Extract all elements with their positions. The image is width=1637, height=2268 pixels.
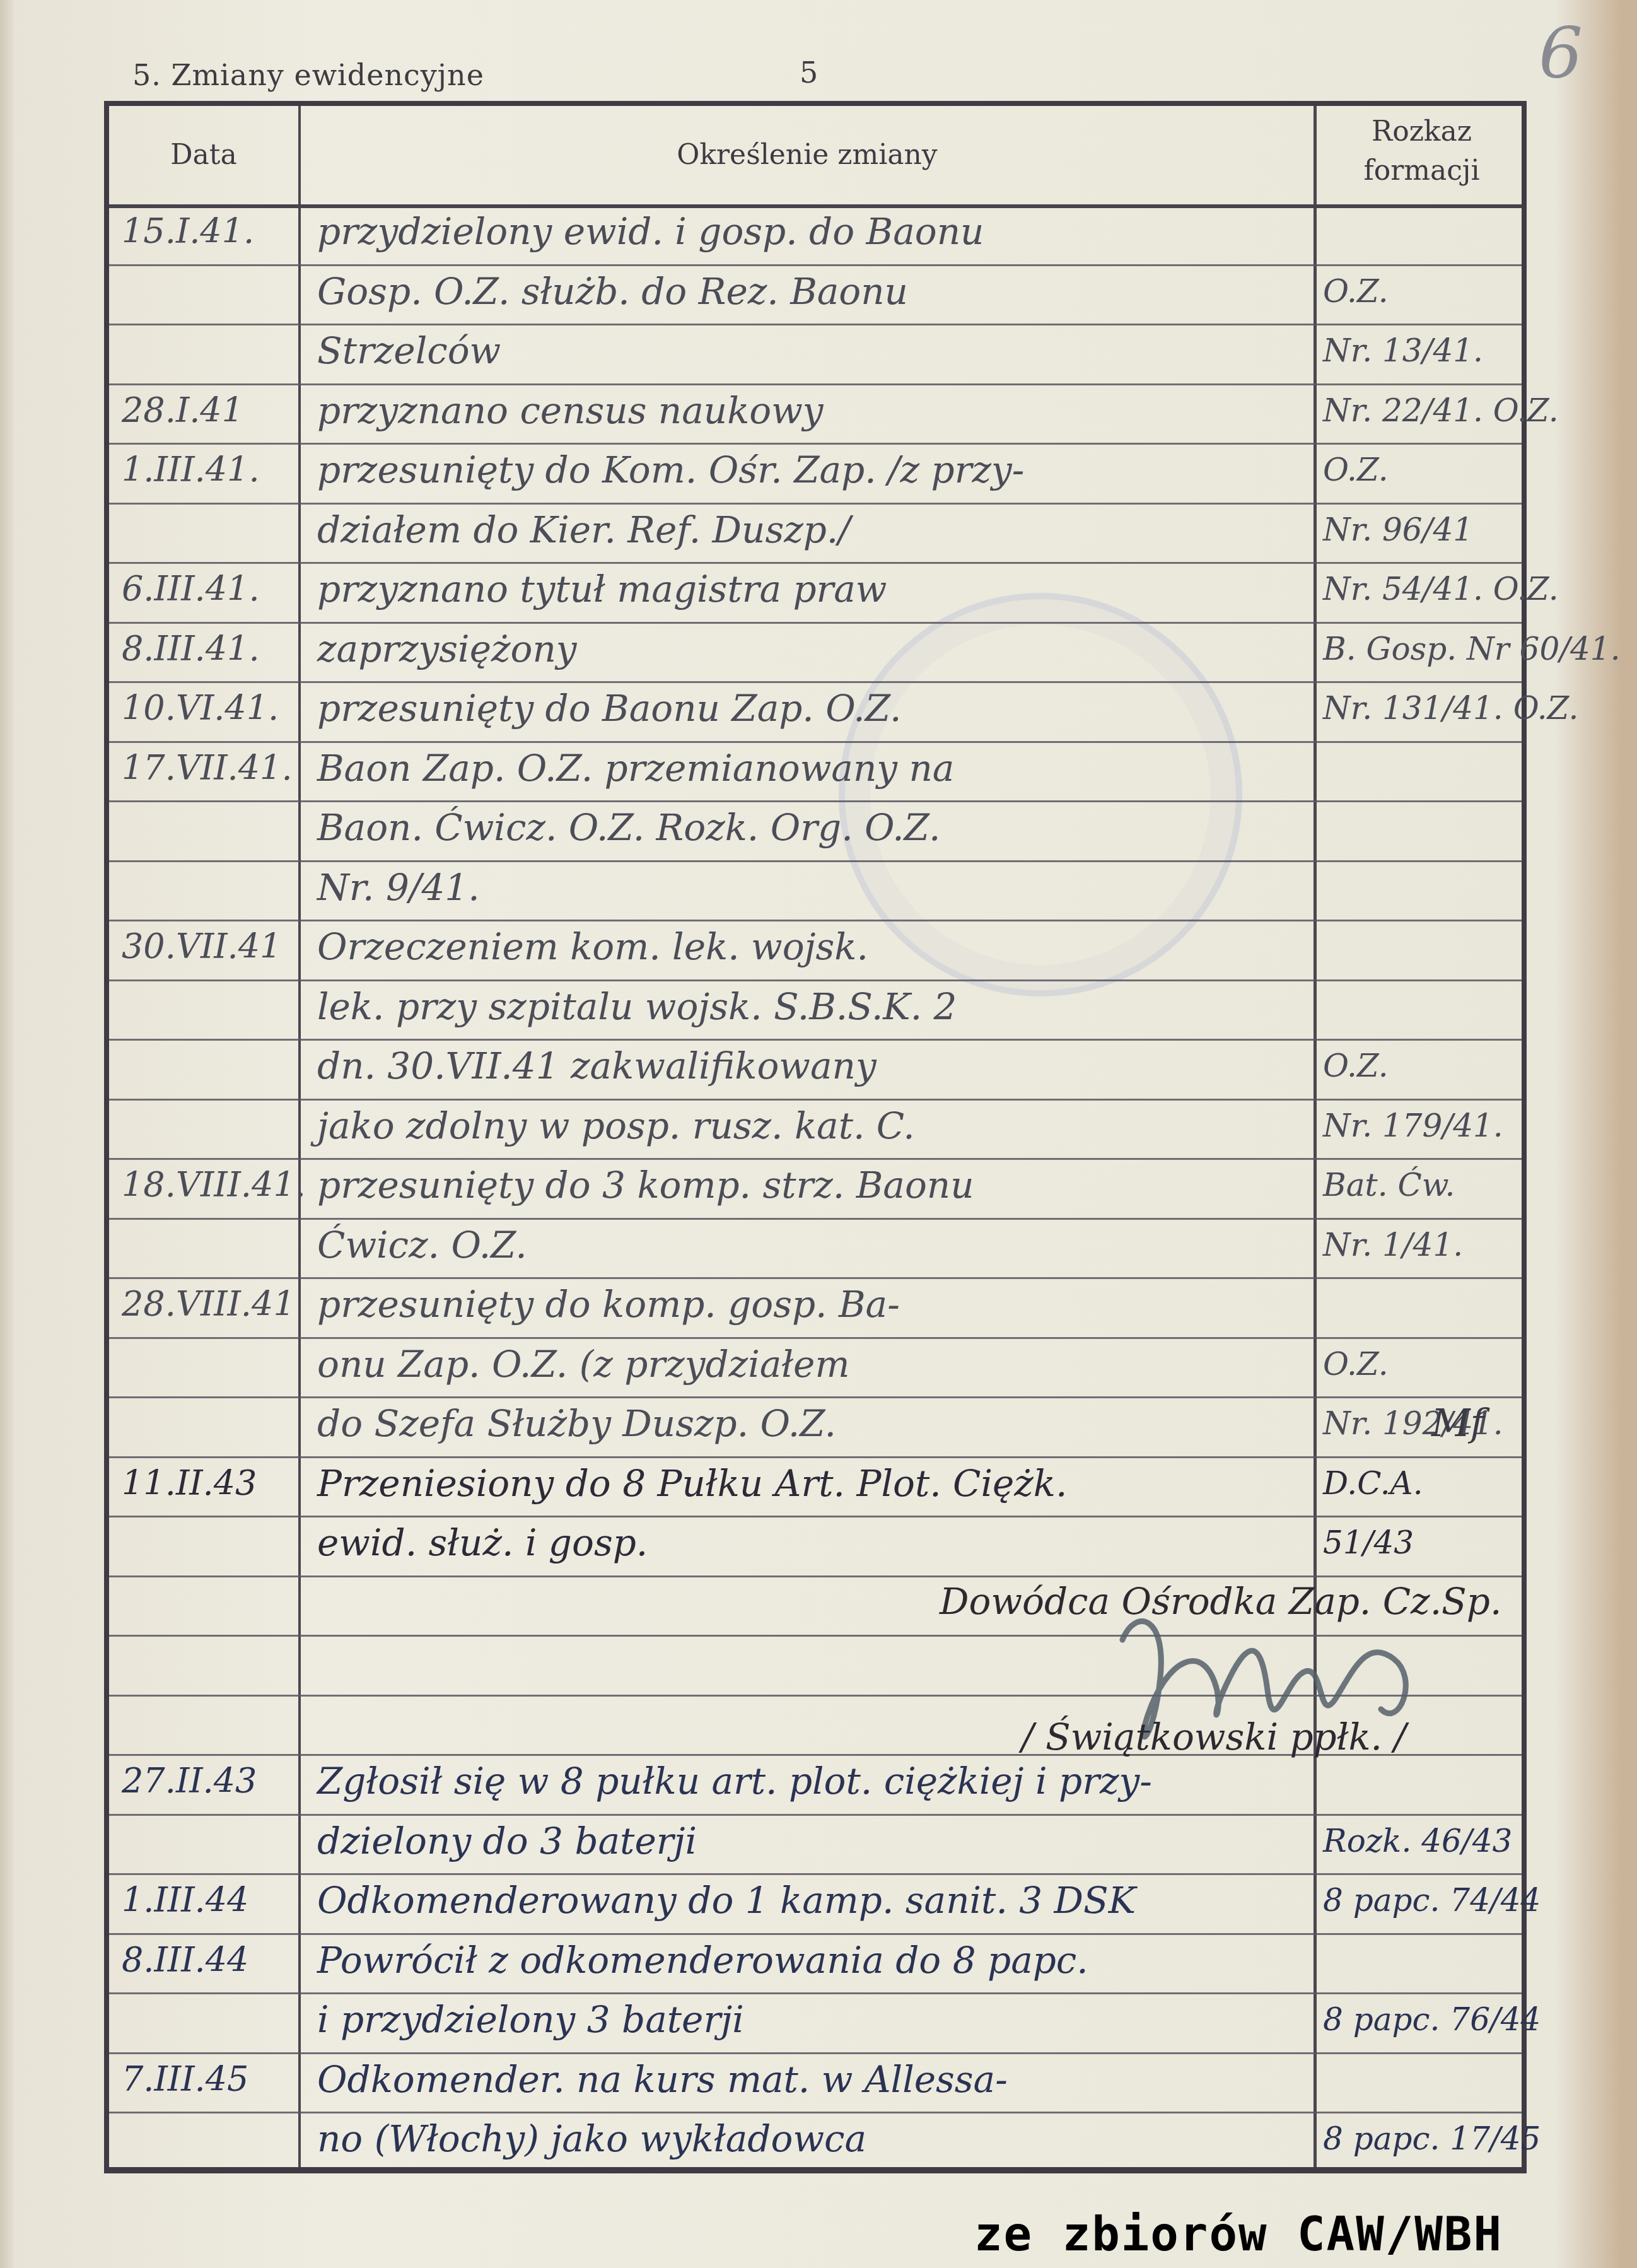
row-order: O.Z. bbox=[1323, 262, 1528, 321]
row-order: O.Z. bbox=[1323, 1036, 1528, 1096]
handwritten-page-number: 6 bbox=[1539, 13, 1583, 93]
signature-scrawl-icon bbox=[1097, 1602, 1450, 1791]
row-date: 30.VII.41 bbox=[122, 917, 295, 976]
row-description: przesunięty do Kom. Ośr. Zap. /z przy- bbox=[317, 440, 1307, 500]
table-row: działem do Kier. Ref. Duszp./Nr. 96/41 bbox=[109, 503, 1522, 562]
row-order: Nr. 179/41. bbox=[1323, 1096, 1528, 1155]
row-date: 1.III.44 bbox=[122, 1871, 295, 1930]
table-row: 8.III.41.zaprzysiężonyB. Gosp. Nr 60/41. bbox=[109, 622, 1522, 681]
page-edge bbox=[0, 0, 14, 2268]
row-order: Nr. 192/41. bbox=[1323, 1394, 1528, 1453]
table-row: 8.III.44Powrócił z odkomenderowania do 8… bbox=[109, 1933, 1522, 1992]
row-description: przesunięty do 3 komp. strz. Baonu bbox=[317, 1155, 1307, 1215]
row-date: 8.III.44 bbox=[122, 1931, 295, 1990]
row-description: onu Zap. O.Z. (z przydziałem bbox=[317, 1335, 1307, 1394]
row-order: B. Gosp. Nr 60/41. bbox=[1323, 619, 1528, 679]
table-row: 15.I.41.przydzielony ewid. i gosp. do Ba… bbox=[109, 204, 1522, 264]
table-row: Baon. Ćwicz. O.Z. Rozk. Org. O.Z. bbox=[109, 800, 1522, 860]
table-row: lek. przy szpitalu wojsk. S.B.S.K. 2 bbox=[109, 979, 1522, 1039]
table-row: dn. 30.VII.41 zakwalifikowanyO.Z. bbox=[109, 1039, 1522, 1098]
row-description: no (Włochy) jako wykładowca bbox=[317, 2109, 1307, 2168]
table-row: 17.VII.41.Baon Zap. O.Z. przemianowany n… bbox=[109, 741, 1522, 800]
header-date: Data bbox=[109, 139, 298, 171]
table-row: ewid. służ. i gosp.51/43 bbox=[109, 1516, 1522, 1575]
row-description: Gosp. O.Z. służb. do Rez. Baonu bbox=[317, 262, 1307, 321]
table-row: 6.III.41.przyznano tytuł magistra prawNr… bbox=[109, 562, 1522, 621]
archive-watermark: ze zbiorów CAW/WBH bbox=[974, 2207, 1503, 2262]
table-row: StrzelcówNr. 13/41. bbox=[109, 324, 1522, 383]
row-description: Orzeczeniem kom. lek. wojsk. bbox=[317, 917, 1307, 976]
table-row: onu Zap. O.Z. (z przydziałemO.Z. bbox=[109, 1337, 1522, 1396]
records-table: Data Określenie zmiany Rozkaz formacji 1… bbox=[104, 101, 1527, 2173]
table-row: do Szefa Służby Duszp. O.Z.Nr. 192/41. bbox=[109, 1396, 1522, 1456]
row-order: Bat. Ćw. bbox=[1323, 1155, 1528, 1215]
row-order: Nr. 131/41. O.Z. bbox=[1323, 679, 1528, 738]
row-description: przyznano tytuł magistra praw bbox=[317, 559, 1307, 619]
table-row: 1.III.41.przesunięty do Kom. Ośr. Zap. /… bbox=[109, 443, 1522, 502]
row-description: Powrócił z odkomenderowania do 8 papc. bbox=[317, 1931, 1307, 1990]
row-order: 8 papc. 76/44 bbox=[1323, 1990, 1528, 2049]
header-order-line2: formacji bbox=[1317, 151, 1527, 190]
row-date: 17.VII.41. bbox=[122, 739, 295, 798]
row-date: 7.III.45 bbox=[122, 2050, 295, 2109]
signature-name: / Świątkowski ppłk. / bbox=[1022, 1716, 1406, 1758]
row-order: Rozk. 46/43 bbox=[1323, 1811, 1528, 1871]
table-row: 1.III.44Odkomenderowany do 1 kamp. sanit… bbox=[109, 1873, 1522, 1932]
row-description: ewid. służ. i gosp. bbox=[317, 1513, 1307, 1572]
row-description: przesunięty do Baonu Zap. O.Z. bbox=[317, 679, 1307, 738]
row-date: 11.II.43 bbox=[122, 1454, 295, 1513]
row-order: Nr. 54/41. O.Z. bbox=[1323, 559, 1528, 619]
row-description: przydzielony ewid. i gosp. do Baonu bbox=[317, 202, 1307, 261]
row-description: i przydzielony 3 baterji bbox=[317, 1990, 1307, 2049]
row-date: 28.I.41 bbox=[122, 381, 295, 440]
table-row: Nr. 9/41. bbox=[109, 860, 1522, 920]
row-date: 15.I.41. bbox=[122, 202, 295, 261]
table-row: 11.II.43Przeniesiony do 8 Pułku Art. Plo… bbox=[109, 1456, 1522, 1516]
row-date: 18.VIII.41. bbox=[122, 1155, 295, 1215]
header-description: Określenie zmiany bbox=[301, 139, 1314, 171]
row-description: Odkomender. na kurs mat. w Allessa- bbox=[317, 2050, 1307, 2109]
table-row: jako zdolny w posp. rusz. kat. C.Nr. 179… bbox=[109, 1099, 1522, 1158]
row-description: działem do Kier. Ref. Duszp./ bbox=[317, 500, 1307, 559]
row-description: Baon. Ćwicz. O.Z. Rozk. Org. O.Z. bbox=[317, 798, 1307, 857]
row-description: przyznano census naukowy bbox=[317, 381, 1307, 440]
row-description: do Szefa Służby Duszp. O.Z. bbox=[317, 1394, 1307, 1453]
row-order: O.Z. bbox=[1323, 440, 1528, 500]
document-page: 6 5. Zmiany ewidencyjne 5 Data Określeni… bbox=[0, 0, 1637, 2268]
row-date: 8.III.41. bbox=[122, 619, 295, 679]
table-row: 28.I.41przyznano census naukowyNr. 22/41… bbox=[109, 383, 1522, 443]
printed-page-number: 5 bbox=[800, 56, 818, 90]
table-row: i przydzielony 3 baterji8 papc. 76/44 bbox=[109, 1992, 1522, 2052]
table-row: 7.III.45Odkomender. na kurs mat. w Alles… bbox=[109, 2052, 1522, 2112]
row-description: zaprzysiężony bbox=[317, 619, 1307, 679]
table-row: 30.VII.41Orzeczeniem kom. lek. wojsk. bbox=[109, 920, 1522, 979]
row-description: Nr. 9/41. bbox=[317, 858, 1307, 917]
table-row: no (Włochy) jako wykładowca8 papc. 17/45 bbox=[109, 2112, 1522, 2171]
row-description: jako zdolny w posp. rusz. kat. C. bbox=[317, 1096, 1307, 1155]
row-description: lek. przy szpitalu wojsk. S.B.S.K. 2 bbox=[317, 977, 1307, 1036]
row-description: Ćwicz. O.Z. bbox=[317, 1215, 1307, 1275]
row-description: Baon Zap. O.Z. przemianowany na bbox=[317, 739, 1307, 798]
row-description: dzielony do 3 baterji bbox=[317, 1811, 1307, 1871]
row-order: Nr. 22/41. O.Z. bbox=[1323, 381, 1528, 440]
row-description: dn. 30.VII.41 zakwalifikowany bbox=[317, 1036, 1307, 1096]
table-row: Ćwicz. O.Z.Nr. 1/41. bbox=[109, 1218, 1522, 1277]
row-order: D.C.A. bbox=[1323, 1454, 1528, 1513]
row-order: Nr. 1/41. bbox=[1323, 1215, 1528, 1275]
table-row: dzielony do 3 baterjiRozk. 46/43 bbox=[109, 1814, 1522, 1873]
row-description: Przeniesiony do 8 Pułku Art. Plot. Ciężk… bbox=[317, 1454, 1307, 1513]
row-description: przesunięty do komp. gosp. Ba- bbox=[317, 1275, 1307, 1334]
row-description: Strzelców bbox=[317, 321, 1307, 380]
row-order: 51/43 bbox=[1323, 1513, 1528, 1572]
table-header: Data Określenie zmiany Rozkaz formacji bbox=[109, 106, 1522, 208]
table-row: 18.VIII.41.przesunięty do 3 komp. strz. … bbox=[109, 1158, 1522, 1217]
row-order: Nr. 13/41. bbox=[1323, 321, 1528, 380]
row-date: 28.VIII.41 bbox=[122, 1275, 295, 1334]
row-order: O.Z. bbox=[1323, 1335, 1528, 1394]
row-order: Nr. 96/41 bbox=[1323, 500, 1528, 559]
table-row: 10.VI.41.przesunięty do Baonu Zap. O.Z.N… bbox=[109, 681, 1522, 740]
row-date: 1.III.41. bbox=[122, 440, 295, 500]
table-row: Gosp. O.Z. służb. do Rez. BaonuO.Z. bbox=[109, 264, 1522, 324]
section-title: 5. Zmiany ewidencyjne bbox=[132, 58, 484, 92]
margin-initials: Mf bbox=[1431, 1394, 1484, 1453]
header-order: Rozkaz formacji bbox=[1317, 112, 1527, 190]
row-date: 27.II.43 bbox=[122, 1751, 295, 1811]
row-order: 8 papc. 17/45 bbox=[1323, 2109, 1528, 2168]
header-order-line1: Rozkaz bbox=[1317, 112, 1527, 151]
row-order: 8 papc. 74/44 bbox=[1323, 1871, 1528, 1930]
row-date: 10.VI.41. bbox=[122, 679, 295, 738]
table-row: 28.VIII.41przesunięty do komp. gosp. Ba- bbox=[109, 1277, 1522, 1336]
row-date: 6.III.41. bbox=[122, 559, 295, 619]
row-description: Odkomenderowany do 1 kamp. sanit. 3 DSK bbox=[317, 1871, 1307, 1930]
